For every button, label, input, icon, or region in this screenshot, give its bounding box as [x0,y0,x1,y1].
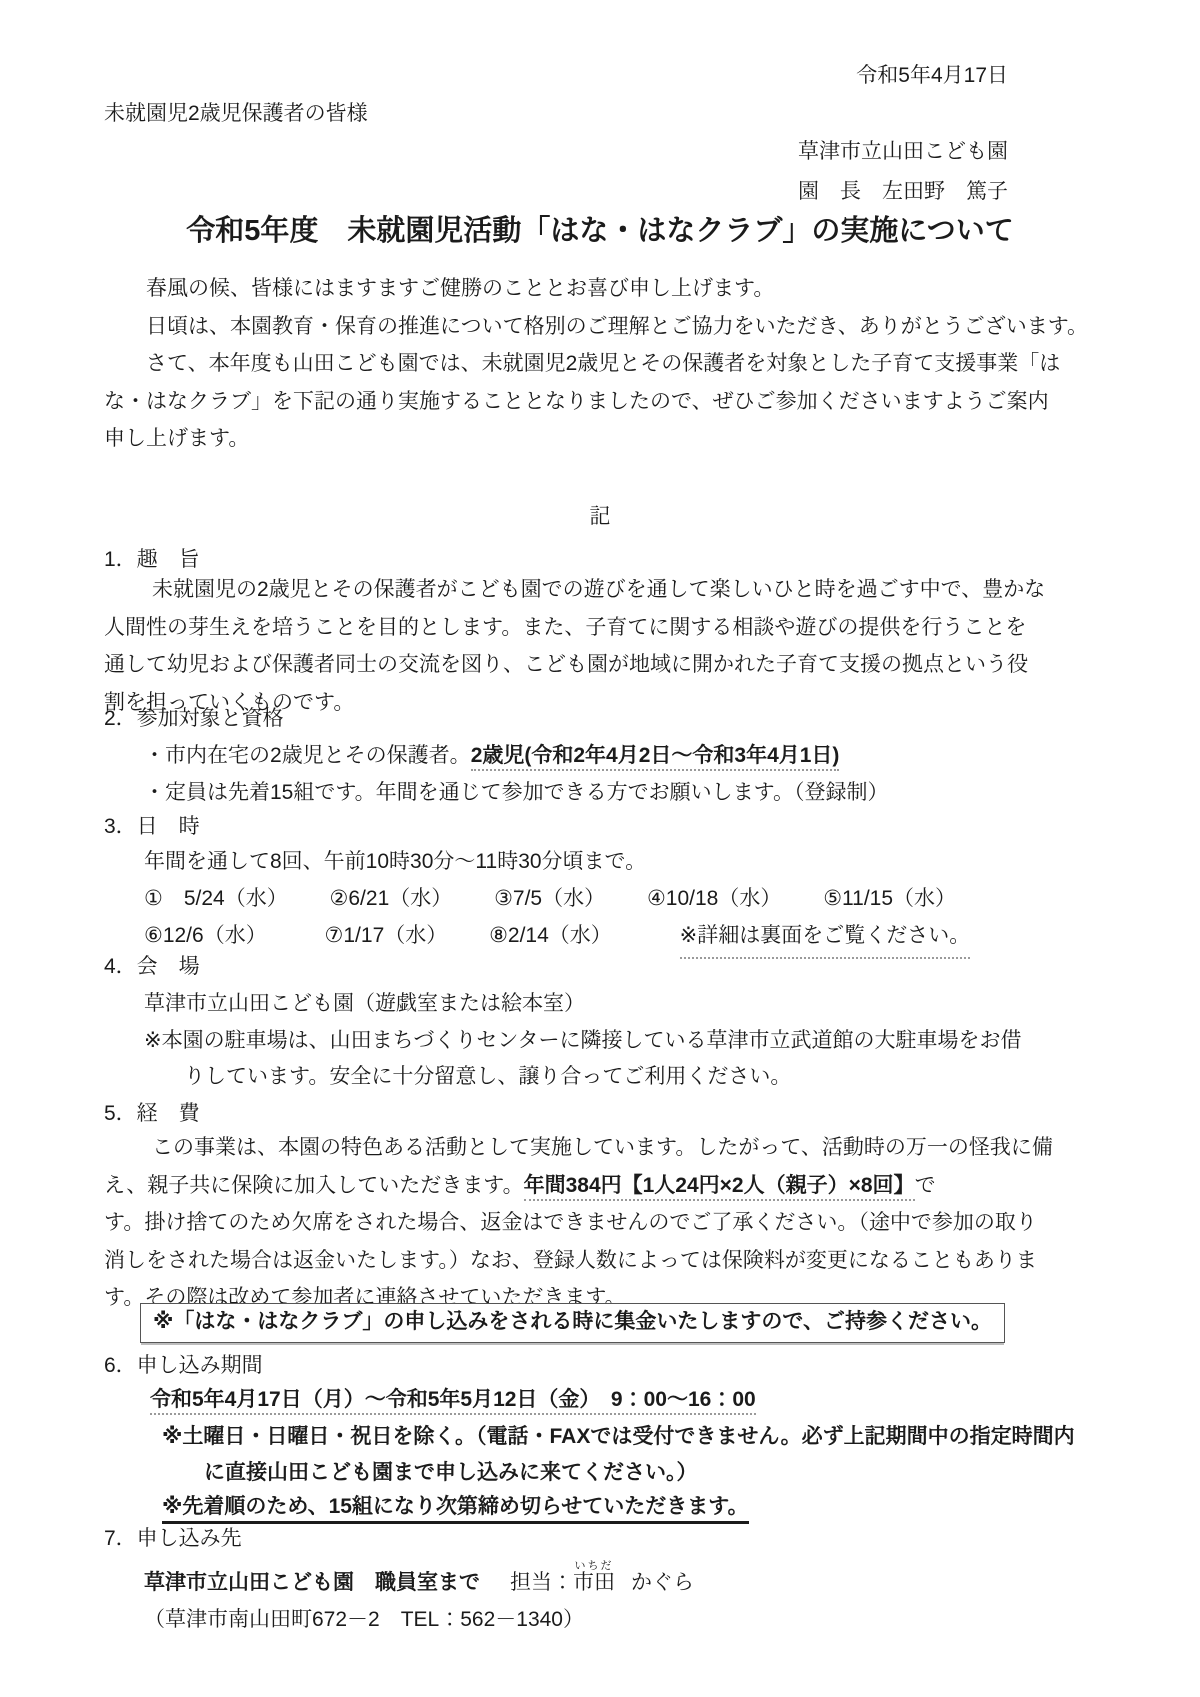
venue-line: 草津市立山田こども園（遊戯室または絵本室） [144,985,585,1023]
address-tel-line: （草津市南山田町672－2 TEL：562－1340） [144,1601,584,1639]
fee-amount: 年間384円【1人24円×2人（親子）×8回】 [524,1174,915,1201]
doc-title: 令和5年度 未就園児活動「はな・はなクラブ」の実施について [0,208,1200,249]
contact-furigana: いちだ [573,1560,615,1572]
application-note-line: ※土曜日・日曜日・祝日を除く。（電話・FAXでは受付できません。必ず上記期間中の… [162,1418,1075,1456]
schedule-dates-row2: ⑥12/6（水） ⑦1/17（水） ⑧2/14（水） ※詳細は裏面をご覧ください… [144,917,970,959]
parking-note-line: ※本園の駐車場は、山田まちづくりセンターに隣接している草津市立武道館の大駐車場を… [144,1022,1022,1060]
contact-surname-ruby: 市田いちだ [573,1571,615,1594]
section-6-heading: 6．申し込み期間 [104,1347,263,1385]
document-page: 令和5年4月17日 未就園児2歳児保護者の皆様 草津市立山田こども園 園 長 左… [0,0,1200,1697]
fee-line: え、親子共に保険に加入していただきます。年間384円【1人24円×2人（親子）×… [104,1167,1104,1205]
greeting-line: な・はなクラブ」を下記の通り実施することとなりましたので、ぜひご参加くださいます… [104,383,1099,421]
body-line: 通して幼児および保護者同士の交流を図り、こども園が地域に開かれた子育て支援の拠点… [104,646,1099,684]
body-line: 未就園児の2歳児とその保護者がこども園での遊びを通して楽しいひと時を過ごす中で、… [104,571,1099,609]
greeting-block: 春風の候、皆様にはますますご健勝のこととお喜び申し上げます。 日頃は、本園教育・… [104,270,1099,458]
issue-date: 令和5年4月17日 [856,57,1008,95]
contact-label: 担当： [510,1571,573,1594]
schedule-date: ③7/5（水） [494,880,605,918]
section-7-heading: 7．申し込み先 [104,1520,242,1558]
eligibility-age-range: 2歳児(令和2年4月2日～令和3年4月1日) [471,744,840,771]
schedule-intro: 年間を通して8回、午前10時30分～11時30分頃まで。 [144,843,646,881]
first-come-note: ※先着順のため、15組になり次第締め切らせていただきます。 [162,1495,749,1524]
section-5-heading: 5．経 費 [104,1095,200,1133]
schedule-detail-note: ※詳細は裏面をご覧ください。 [680,917,971,959]
body-line: この事業は、本園の特色ある活動として実施しています。したがって、活動時の万一の怪… [104,1129,1104,1167]
body-line: す。掛け捨てのため欠席をされた場合、返金はできませんのでご了承ください。（途中で… [104,1204,1104,1242]
section-4-heading: 4．会 場 [104,948,200,986]
payment-boxed-note: ※「はな・はなクラブ」の申し込みをされる時に集金いたしますので、ご持参ください。 [140,1303,1005,1343]
schedule-date: ⑦1/17（水） [325,917,448,955]
application-period: 令和5年4月17日（月）～令和5年5月12日（金） 9：00～16：00 [150,1388,756,1415]
section-3-heading: 3．日 時 [104,808,200,846]
eligibility-text: ・市内在宅の2歳児とその保護者。 [144,744,471,767]
contact-surname: 市田 [573,1571,615,1594]
parking-note-line: りしています。安全に十分留意し、譲り合ってご利用ください。 [184,1058,791,1096]
greeting-line: さて、本年度も山田こども園では、未就園児2歳児とその保護者を対象とした子育て支援… [104,345,1099,383]
greeting-line: 春風の候、皆様にはますますご健勝のこととお喜び申し上げます。 [104,270,1099,308]
body-line: 人間性の芽生えを培うことを目的とします。また、子育てに関する相談や遊びの提供を行… [104,609,1099,647]
capacity-item: ・定員は先着15組です。年間を通じて参加できる方でお願いします。（登録制） [144,774,889,812]
greeting-line: 申し上げます。 [104,420,1099,458]
schedule-date: ① 5/24（水） [144,880,288,918]
sender-org: 草津市立山田こども園 [798,132,1008,172]
addressee: 未就園児2歳児保護者の皆様 [104,95,368,133]
ki-marker: 記 [0,498,1200,536]
principal-name: 園 長 左田野 篤子 [798,172,1008,212]
contact-given-name: かぐら [631,1571,694,1594]
section-2-heading: 2．参加対象と資格 [104,700,284,738]
schedule-date: ⑤11/15（水） [823,880,956,918]
schedule-dates-row1: ① 5/24（水） ②6/21（水） ③7/5（水） ④10/18（水） ⑤11… [144,880,956,918]
section-1-body: 未就園児の2歳児とその保護者がこども園での遊びを通して楽しいひと時を過ごす中で、… [104,571,1099,721]
sender-block: 草津市立山田こども園 園 長 左田野 篤子 [798,132,1008,212]
schedule-date: ②6/21（水） [330,880,453,918]
application-place: 草津市立山田こども園 職員室まで [144,1571,480,1594]
application-place-line: 草津市立山田こども園 職員室まで担当：市田いちだかぐら [144,1560,694,1602]
fee-text-tail: で [915,1174,936,1197]
greeting-line: 日頃は、本園教育・保育の推進について格別のご理解とご協力をいただき、ありがとうご… [104,308,1099,346]
section-5-body: この事業は、本園の特色ある活動として実施しています。したがって、活動時の万一の怪… [104,1129,1104,1317]
schedule-date: ④10/18（水） [647,880,781,918]
eligibility-item: ・市内在宅の2歳児とその保護者。2歳児(令和2年4月2日～令和3年4月1日) [144,737,839,775]
application-note-line: に直接山田こども園まで申し込みに来てください。） [204,1454,698,1492]
fee-text: え、親子共に保険に加入していただきます。 [104,1174,524,1197]
schedule-date: ⑧2/14（水） [489,917,612,955]
body-line: 消しをされた場合は返金いたします。）なお、登録人数によっては保険料が変更になるこ… [104,1242,1104,1280]
